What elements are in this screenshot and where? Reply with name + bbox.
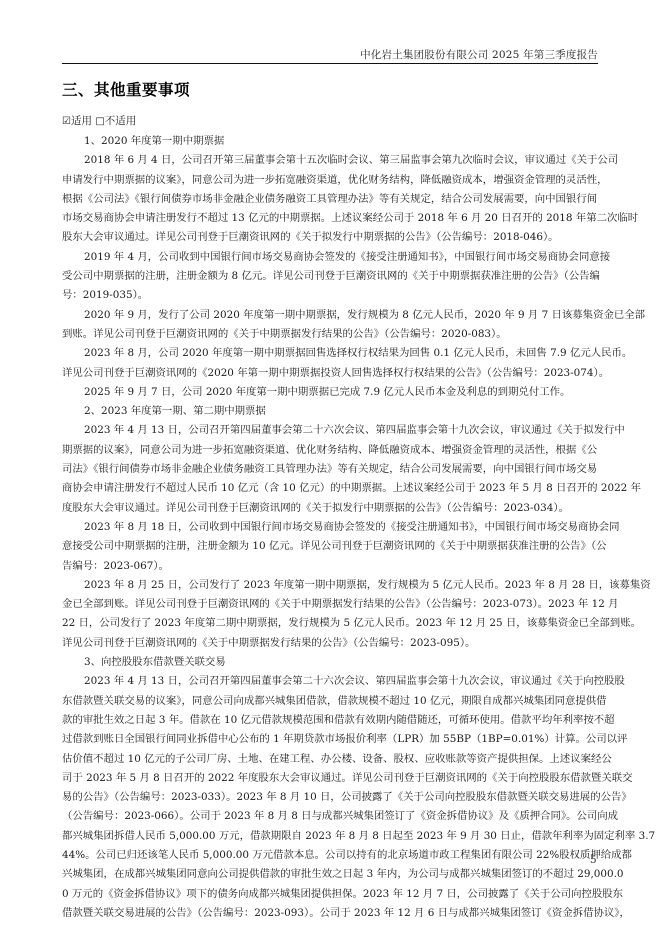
paragraph-line: 受公司中期票据的注册，注册金额为 8 亿元。详见公司刊登于巨潮资讯网的《关于中期…	[62, 267, 596, 286]
page-number: 5	[590, 854, 597, 866]
paragraph: 2018 年 6 月 4 日，公司召开第三届董事会第十五次临时会议、第三届监事会…	[62, 151, 596, 247]
paragraph-line: 司于 2023 年 5 月 8 日召开的 2022 年度股东大会审议通过。详见公…	[62, 769, 596, 788]
paragraph-line: 期票据的议案》，同意公司为进一步拓宽融资渠道、优化财务结构、降低融资成本、增强资…	[62, 441, 596, 460]
paragraph: 2023 年 8 月 18 日，公司收到中国银行间市场交易商协会签发的《接受注册…	[62, 518, 596, 576]
paragraph-line: 易的公告》（公告编号：2023-033）。2023 年 8 月 10 日，公司披…	[62, 788, 596, 807]
paragraph-line: 2023 年 4 月 13 日，公司召开第四届董事会第二十六次会议、第四届监事会…	[62, 421, 596, 440]
paragraph-line: 兴城集团，在成都兴城集团同意向公司提供借款的审批生效之日起 3 年内，为公司与成…	[62, 865, 596, 884]
paragraph-line: 东借款暨关联交易的议案》，同意公司向成都兴城集团借款，借款规模不超过 10 亿元…	[62, 692, 596, 711]
paragraph-line: 借款暨关联交易进展的公告》（公告编号：2023-093）。公司于 2023 年 …	[62, 904, 596, 923]
paragraph: 2023 年 8 月 25 日，公司发行了 2023 年度第一期中期票据，发行规…	[62, 576, 596, 653]
paragraph-line: 司法》《银行间债券市场非金融企业债务融资工具管理办法》等有关规定，结合公司发展需…	[62, 460, 596, 479]
report-header-title: 中化岩土集团股份有限公司 2025 年第三季度报告	[62, 47, 598, 63]
paragraph-line: 详见公司刊登于巨潮资讯网的《关于中期票据发行结果的公告》（公告编号：2023-0…	[62, 634, 596, 653]
paragraph: 2023 年 8 月，公司 2020 年度第一期中期票据回售选择权行权结果为回售…	[62, 344, 596, 383]
paragraph-line: 2023 年 8 月，公司 2020 年度第一期中期票据回售选择权行权结果为回售…	[62, 344, 596, 363]
paragraph: 2019 年 4 月，公司收到中国银行间市场交易商协会签发的《接受注册通知书》，…	[62, 248, 596, 306]
paragraph-line: 过借款到账日全国银行间同业拆借中心公布的 1 年期贷款市场报价利率（LPR）加 …	[62, 730, 596, 749]
paragraph-line: 意接受公司中期票据的注册，注册金额为 10 亿元。详见公司刊登于巨潮资讯网的《关…	[62, 537, 596, 556]
paragraph-line: 2025 年 9 月 7 日，公司 2020 年度第一期中期票据已完成 7.9 …	[62, 383, 596, 402]
paragraph-line: 2023 年 4 月 13 日，公司召开第四届董事会第二十六次会议、第四届监事会…	[62, 672, 596, 691]
paragraph: 2023 年 4 月 13 日，公司召开第四届董事会第二十六次会议、第四届监事会…	[62, 421, 596, 517]
paragraph-line: 号：2019-035）。	[62, 286, 596, 305]
paragraph-line: 款的审批生效之日起 3 年。借款在 10 亿元借款规模范围和借款有效期内随借随还…	[62, 711, 596, 730]
item-heading: 3、向控股股东借款暨关联交易	[62, 653, 596, 672]
paragraph: 2025 年 9 月 7 日，公司 2020 年度第一期中期票据已完成 7.9 …	[62, 383, 596, 402]
paragraph-line: 都兴城集团拆借人民币 5,000.00 万元，借款期限自 2023 年 8 月 …	[62, 827, 596, 846]
paragraph-line: （公告编号：2023-066）。公司于 2023 年 8 月 8 日与成都兴城集…	[62, 807, 596, 826]
section-title: 三、其他重要事项	[62, 78, 190, 100]
not-applicable-checkbox-icon: □	[95, 116, 104, 127]
paragraph-line: 2023 年 8 月 25 日，公司发行了 2023 年度第一期中期票据，发行规…	[62, 576, 596, 595]
document-body: 1、2020 年度第一期中期票据 2018 年 6 月 4 日，公司召开第三届董…	[62, 132, 596, 923]
header-divider	[62, 63, 598, 64]
paragraph-line: 金已全部到账。详见公司刊登于巨潮资讯网的《关于中期票据发行结果的公告》（公告编号…	[62, 595, 596, 614]
paragraph-line: 2019 年 4 月，公司收到中国银行间市场交易商协会签发的《接受注册通知书》，…	[62, 248, 596, 267]
applicable-checkbox-checked-icon: ☑	[62, 116, 71, 127]
paragraph-line: 2020 年 9 月，发行了公司 2020 年度第一期中期票据，发行规模为 8 …	[62, 306, 596, 325]
paragraph-line: 0 万元的《资金拆借协议》项下的债务向成都兴城集团提供担保。2023 年 12 …	[62, 885, 596, 904]
paragraph-line: 2023 年 8 月 18 日，公司收到中国银行间市场交易商协会签发的《接受注册…	[62, 518, 596, 537]
paragraph-line: 22 日，公司发行了 2023 年度第二期中期票据，发行规模为 5 亿元人民币。…	[62, 614, 596, 633]
not-applicable-label: 不适用	[105, 115, 137, 127]
paragraph: 2023 年 4 月 13 日，公司召开第四届董事会第二十六次会议、第四届监事会…	[62, 672, 596, 923]
item-heading: 1、2020 年度第一期中期票据	[62, 132, 596, 151]
applicable-label: 适用	[71, 115, 92, 127]
paragraph-line: 市场交易商协会申请注册发行不超过 13 亿元的中期票据。上述议案经公司于 201…	[62, 209, 596, 228]
paragraph: 2020 年 9 月，发行了公司 2020 年度第一期中期票据，发行规模为 8 …	[62, 306, 596, 345]
paragraph-line: 到账。详见公司刊登于巨潮资讯网的《关于中期票据发行结果的公告》（公告编号：202…	[62, 325, 596, 344]
paragraph-line: 根据《公司法》《银行间债券市场非金融企业债务融资工具管理办法》等有关规定，结合公…	[62, 190, 596, 209]
paragraph-line: 度股东大会审议通过。详见公司刊登于巨潮资讯网的《关于拟发行中期票据的公告》（公告…	[62, 499, 596, 518]
paragraph-line: 详见公司刊登于巨潮资讯网的《2020 年第一期中期票据投资人回售选择权行权结果的…	[62, 364, 596, 383]
paragraph-line: 申请发行中期票据的议案》，同意公司为进一步拓宽融资渠道，优化财务结构，降低融资成…	[62, 171, 596, 190]
item-heading: 2、2023 年度第一期、第二期中期票据	[62, 402, 596, 421]
paragraph-line: 估价值不超过 10 亿元的子公司厂房、土地、在建工程、办公楼、设备、股权、应收账…	[62, 750, 596, 769]
paragraph-line: 告编号：2023-067）。	[62, 557, 596, 576]
applicability-options: ☑适用 □不适用	[62, 113, 136, 128]
paragraph-line: 2018 年 6 月 4 日，公司召开第三届董事会第十五次临时会议、第三届监事会…	[62, 151, 596, 170]
paragraph-line: 44%。公司已归还该笔人民币 5,000.00 万元借款本息。公司以持有的北京场…	[62, 846, 596, 865]
paragraph-line: 商协会申请注册发行不超过人民币 10 亿元（含 10 亿元）的中期票据。上述议案…	[62, 479, 596, 498]
paragraph-line: 股东大会审议通过。详见公司刊登于巨潮资讯网的《关于拟发行中期票据的公告》（公告编…	[62, 228, 596, 247]
